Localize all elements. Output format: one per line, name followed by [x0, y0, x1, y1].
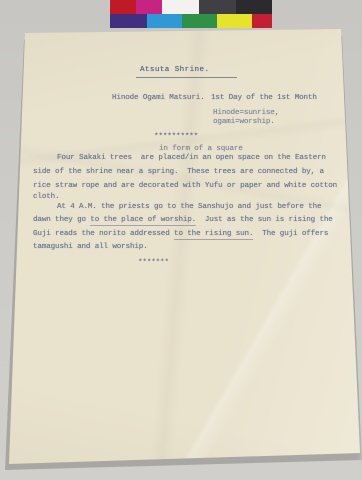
paragraph1-line2: side of the shrine near a spring. These … — [33, 167, 324, 177]
paragraph1-line3: rice straw rope and are decorated with Y… — [33, 181, 337, 191]
gloss-line-ogami: ogami=worship. — [213, 117, 275, 127]
color-swatch-purple — [110, 14, 147, 28]
paragraph2-line1: At 4 A.M. the priests go to the Sanshujo… — [57, 202, 321, 212]
document-title-underline: Atsuta Shrine. — [136, 65, 237, 78]
paragraph2-line4: tamagushi and all worship. — [33, 242, 148, 252]
paragraph2-line2: dawn they go to the place of worship. Ju… — [33, 215, 333, 225]
paragraph1-line4: cloth. — [33, 192, 59, 202]
event-date: 1st Day of the 1st Month — [211, 93, 317, 103]
paragraph2-line2-underlined: to the place of worship. — [90, 216, 196, 226]
paragraph2-line3-underlined: to the rising sun. — [174, 230, 253, 240]
paragraph2-line3-post: The guji offers — [253, 230, 328, 238]
scanned-document-photo: Atsuta Shrine. Hinode Ogami Matsuri. 1st… — [0, 0, 362, 480]
color-swatch-magenta — [136, 0, 162, 14]
color-swatch-white — [162, 0, 199, 14]
color-swatch-red-2 — [252, 14, 272, 28]
color-swatch-blue — [147, 14, 182, 28]
paragraph1-line1: Four Sakaki trees are placed/in an open … — [57, 153, 326, 163]
color-swatch-green — [182, 14, 217, 28]
asterisk-separator-top: ********** — [154, 132, 198, 142]
paragraph2-line3-pre: Guji reads the norito addressed — [33, 230, 174, 238]
paragraph2-line2-post: Just as the sun is rising the — [196, 216, 333, 224]
page-title: Atsuta Shrine. — [136, 65, 237, 75]
color-swatch-red — [110, 0, 136, 14]
event-name: Hinode Ogami Matsuri. — [112, 93, 205, 103]
color-swatch-black — [236, 0, 272, 14]
color-swatch-dark-gray — [199, 0, 236, 14]
paragraph2-line3: Guji reads the norito addressed to the r… — [33, 229, 328, 239]
asterisk-separator-bottom: ******* — [138, 258, 169, 268]
paragraph2-line2-pre: dawn they go — [33, 216, 90, 224]
color-swatch-yellow — [217, 14, 252, 28]
